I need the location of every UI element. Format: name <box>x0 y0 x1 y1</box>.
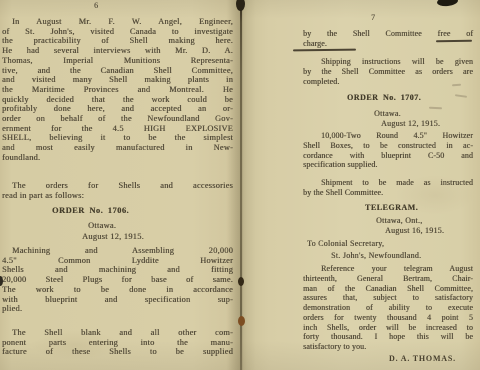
telegram-address-line-2: St. John's, Newfoundland. <box>303 251 480 260</box>
text-line: cordance with blueprint C-50 and <box>303 151 473 161</box>
text-line: tive, and the Canadian Shell Committee, <box>2 66 233 76</box>
right-page: 7 by the Shell Committee free ofcharge. … <box>243 0 480 370</box>
right-paragraph-4: Shipment to be made as instructedby the … <box>303 178 473 198</box>
text-line: Machining and Assembling 20,000 <box>2 246 233 256</box>
telegram-date: August 16, 1915. <box>303 226 480 235</box>
text-line: assures that, subject to satisfactory <box>303 293 473 303</box>
text-line: demonstration of ability to execute <box>303 303 473 313</box>
left-paragraph-2: The orders for Shells and accessoriesrea… <box>2 181 233 200</box>
text-line: ponent parts entering into the manu- <box>2 338 233 348</box>
text-line: In August Mr. F. W. Angel, Engineer, <box>2 17 233 27</box>
text-line: 10,000-Two Round 4.5" Howitzer <box>303 131 473 141</box>
left-paragraph-1: In August Mr. F. W. Angel, Engineer,of S… <box>2 17 233 163</box>
text-line: 4.5" Common Lyddite Howitzer <box>2 256 233 266</box>
text-line: the Maritime Provinces and Montreal. He <box>2 85 233 95</box>
text-line: thirteenth, General Bertram, Chair- <box>303 274 473 284</box>
gutter-speck-2 <box>238 316 245 326</box>
text-line: Shipment to be made as instructed <box>303 178 473 188</box>
text-line: The Shell blank and all other com- <box>2 328 233 338</box>
text-line: forty thousand. I hope this will be <box>303 332 473 342</box>
text-line: specification supplied. <box>303 160 473 170</box>
text-line: plied. <box>2 304 233 314</box>
telegram-address-line-1: To Colonial Secretary, <box>303 239 477 248</box>
text-line: foundland. <box>2 153 233 163</box>
text-line: 20,000 Steel Plugs for base of same. <box>2 275 233 285</box>
right-page-number: 7 <box>303 13 480 22</box>
text-line: Thomas, Imperial Munitions Representa- <box>2 56 233 66</box>
left-paragraph-4: The Shell blank and all other com-ponent… <box>2 328 233 357</box>
text-line: Shipping instructions will be given <box>303 57 473 67</box>
right-paragraph-3: 10,000-Two Round 4.5" HowitzerShell Boxe… <box>303 131 473 170</box>
text-line: facture of these Shells to be supplied <box>2 347 233 357</box>
book-spread: 6 In August Mr. F. W. Angel, Engineer,of… <box>0 0 480 370</box>
text-line: of St. John's, visited Canada to investi… <box>2 27 233 37</box>
order-1707-place: Ottawa. <box>303 109 480 118</box>
text-line: read in part as follows: <box>2 191 233 201</box>
text-line: inch Shells, order will be increased to <box>303 323 473 333</box>
text-line: Reference your telegram August <box>303 264 473 274</box>
telegram-place: Ottawa, Ont., <box>303 216 480 225</box>
text-line: Shells and machining and fitting <box>2 265 233 275</box>
text-line: satisfactory to you. <box>303 342 473 352</box>
right-paragraph-1: by the Shell Committee free ofcharge. <box>303 29 473 49</box>
left-page: 6 In August Mr. F. W. Angel, Engineer,of… <box>0 0 240 370</box>
right-paragraph-2: Shipping instructions will be givenby th… <box>303 57 473 86</box>
telegram-body: Reference your telegram Augustthirteenth… <box>303 264 473 352</box>
text-line: Shell Boxes, to be constructed in ac- <box>303 141 473 151</box>
text-line: and most easily manufactured in New- <box>2 143 233 153</box>
text-line: by the Shell Committee as orders are <box>303 67 473 77</box>
text-line: by the Shell Committee free of <box>303 29 473 39</box>
text-line: The work to be done in accordance <box>2 285 233 295</box>
gutter-line <box>240 0 242 370</box>
text-line: man of the Canadian Shell Committee, <box>303 284 473 294</box>
text-line: ernment for the 4.5 HIGH EXPLOSIVE <box>2 124 233 134</box>
text-line: the practicability of Shell making here. <box>2 36 233 46</box>
text-line: orders for twenty thousand 4 point 5 <box>303 313 473 323</box>
text-line: quickly decided that the work could be <box>2 95 233 105</box>
text-line: and visited many Shell making plants in <box>2 75 233 85</box>
text-line: with blueprint and specification sup- <box>2 295 233 305</box>
left-paragraph-3: Machining and Assembling 20,0004.5" Comm… <box>2 246 233 314</box>
order-1707-date: August 12, 1915. <box>303 119 480 128</box>
order-1707-heading: ORDER No. 1707. <box>303 93 480 102</box>
text-line: SHELL, believing it to be the simplest <box>2 133 233 143</box>
text-line: He had several interviews with Mr. D. A. <box>2 46 233 56</box>
text-line: order on behalf of the Newfoundland Gov- <box>2 114 233 124</box>
telegram-heading: TELEGRAM. <box>303 203 480 212</box>
text-line: by the Shell Committee. <box>303 188 473 198</box>
text-line: profitably done here, and accepted an or… <box>2 104 233 114</box>
text-line: completed. <box>303 77 473 87</box>
text-line: The orders for Shells and accessories <box>2 181 233 191</box>
gutter-speck-1 <box>238 277 244 286</box>
telegram-signature: D. A. THOMAS. <box>303 354 480 363</box>
